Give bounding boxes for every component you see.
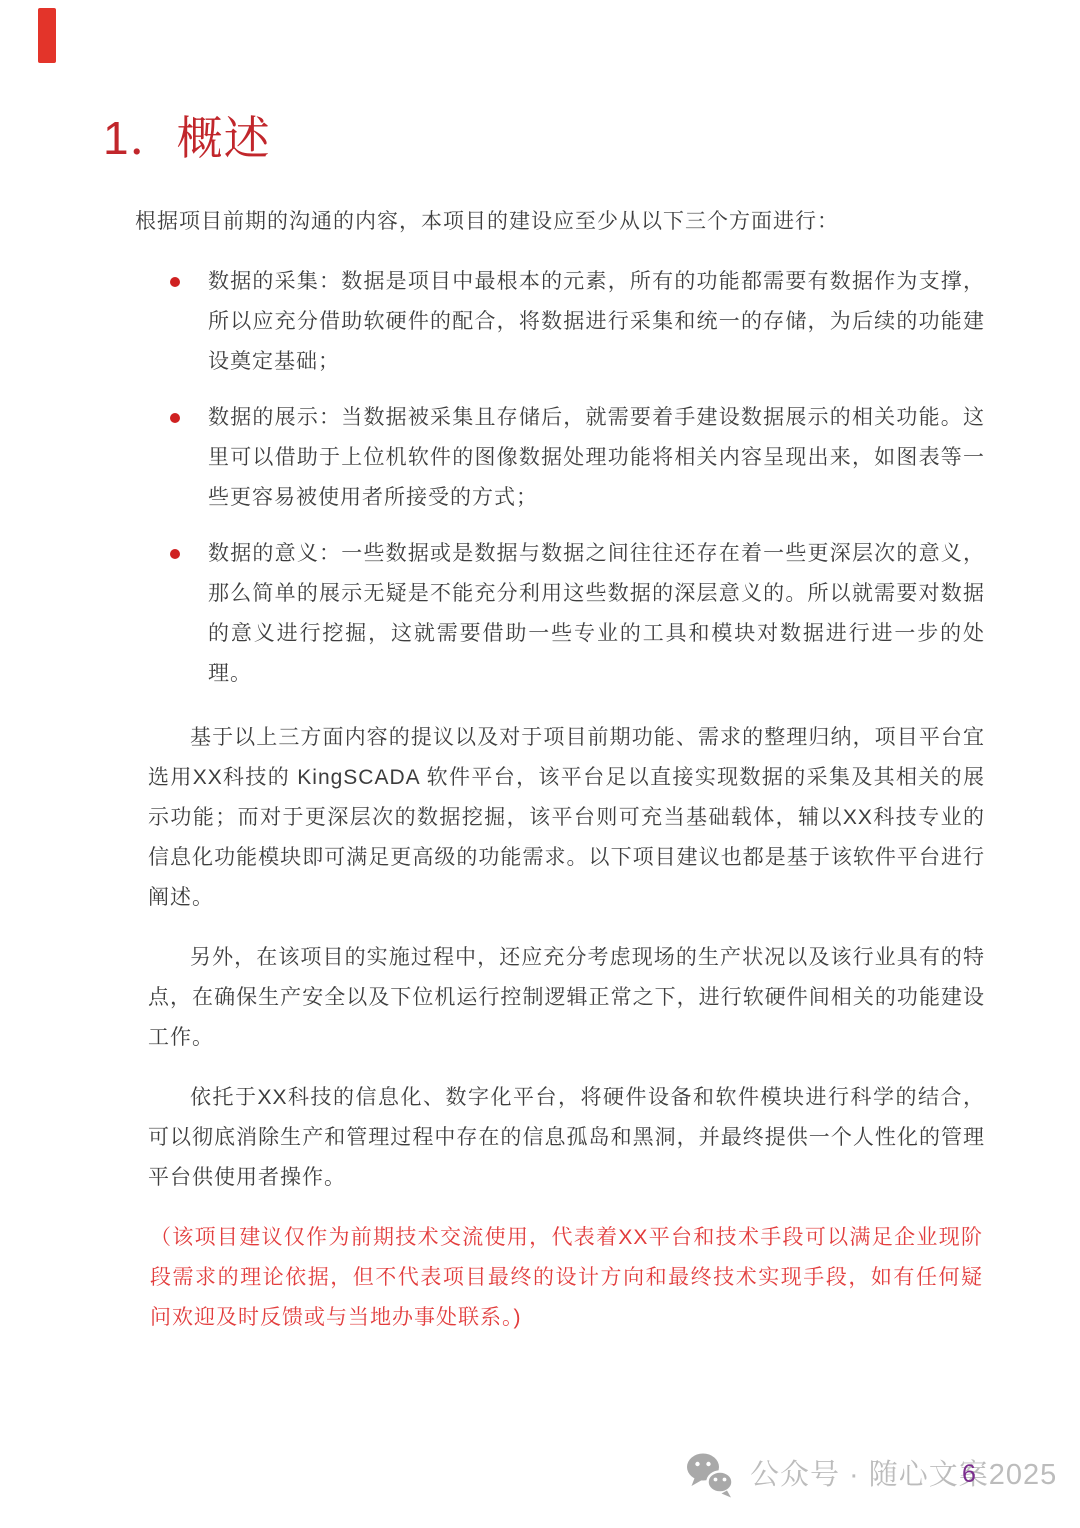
body-paragraph-integration: 依托于XX科技的信息化、数字化平台，将硬件设备和软件模块进行科学的结合，可以彻底… <box>148 1078 985 1198</box>
page-number: 6 <box>962 1460 976 1489</box>
watermark-text: 公众号 · 随心文案2025 <box>750 1452 1057 1498</box>
corner-ribbon-mark <box>38 8 56 63</box>
bullet-dot-icon <box>170 549 180 559</box>
body-paragraph-implementation: 另外，在该项目的实施过程中，还应充分考虑现场的生产状况以及该行业具有的特点，在确… <box>148 938 985 1058</box>
document-page: 1．概述 根据项目前期的沟通的内容，本项目的建设应至少从以下三个方面进行： 数据… <box>0 0 1080 1528</box>
section-heading: 1．概述 <box>103 114 1080 162</box>
bullet-item-data-display: 数据的展示：当数据被采集且存储后，就需要着手建设数据展示的相关功能。这里可以借助… <box>170 398 985 518</box>
wechat-icon <box>686 1452 734 1498</box>
bullet-item-text: 数据的展示：当数据被采集且存储后，就需要着手建设数据展示的相关功能。这里可以借助… <box>208 406 985 509</box>
bullet-item-text: 数据的采集：数据是项目中最根本的元素，所有的功能都需要有数据作为支撑，所以应充分… <box>208 270 985 373</box>
bullet-dot-icon <box>170 413 180 423</box>
bullet-item-text: 数据的意义：一些数据或是数据与数据之间往往还存在着一些更深层次的意义，那么简单的… <box>208 542 985 685</box>
bullet-item-data-meaning: 数据的意义：一些数据或是数据与数据之间往往还存在着一些更深层次的意义，那么简单的… <box>170 534 985 694</box>
body-paragraph-platform: 基于以上三方面内容的提议以及对于项目前期功能、需求的整理归纳，项目平台宜选用XX… <box>148 718 985 918</box>
bullet-dot-icon <box>170 277 180 287</box>
disclaimer-note: （该项目建议仅作为前期技术交流使用，代表着XX平台和技术手段可以满足企业现阶段需… <box>150 1218 983 1338</box>
bullet-list: 数据的采集：数据是项目中最根本的元素，所有的功能都需要有数据作为支撑，所以应充分… <box>170 262 985 694</box>
watermark: 公众号 · 随心文案2025 <box>686 1452 1057 1498</box>
bullet-item-data-collection: 数据的采集：数据是项目中最根本的元素，所有的功能都需要有数据作为支撑，所以应充分… <box>170 262 985 382</box>
intro-paragraph: 根据项目前期的沟通的内容，本项目的建设应至少从以下三个方面进行： <box>135 202 995 242</box>
